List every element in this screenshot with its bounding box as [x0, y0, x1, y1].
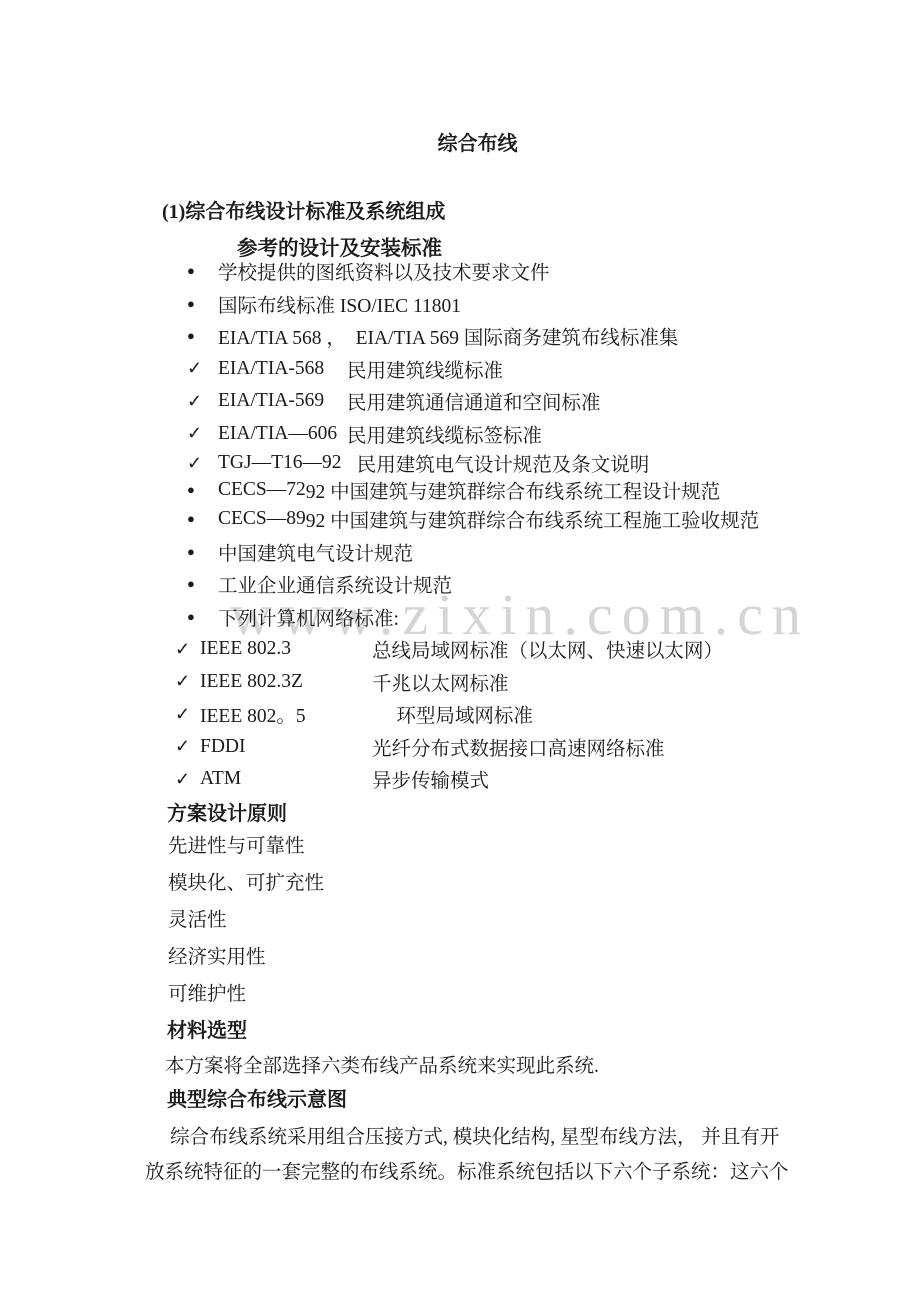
list-item: ●CECS—7292 中国建筑与建筑群综合布线系统工程设计规范	[145, 477, 810, 504]
list-item: ✓EIA/TIA-568民用建筑线缆标准	[145, 353, 810, 386]
item-label: CECS—72	[218, 479, 306, 501]
item-label: IEEE 802.3Z	[200, 671, 372, 693]
bullet-icon: ●	[187, 482, 218, 498]
bullet-icon: ●	[187, 511, 218, 527]
list-item: ✓EIA/TIA—606民用建筑线缆标签标准	[145, 418, 810, 451]
item-desc: 92 中国建筑与建筑群综合布线系统工程施工验收规范	[306, 505, 759, 533]
bullet-icon: ●	[187, 328, 218, 344]
item-label: TGJ—T16—92	[218, 452, 347, 474]
list-item: ✓IEEE 802.3总线局域网标准（以太网、快速以太网）	[145, 633, 810, 666]
list-item: ✓TGJ—T16—92 民用建筑电气设计规范及条文说明	[145, 450, 810, 477]
check-icon: ✓	[187, 358, 218, 379]
paragraph-line: 放系统特征的一套完整的布线系统。标准系统包括以下六个子系统：这六个	[145, 1155, 810, 1190]
item-text: 国际布线标准 ISO/IEC 11801	[218, 290, 461, 318]
item-desc: 民用建筑线缆标准	[347, 355, 503, 383]
check-icon: ✓	[175, 639, 200, 660]
item-desc: 92 中国建筑与建筑群综合布线系统工程设计规范	[306, 476, 720, 504]
bullet-icon: ●	[187, 576, 218, 592]
item-desc: 民用建筑电气设计规范及条文说明	[347, 449, 649, 477]
principles-heading: 方案设计原则	[145, 802, 810, 826]
item-label: EIA/TIA—606	[218, 423, 347, 445]
list-item: ●CECS—8992 中国建筑与建筑群综合布线系统工程施工验收规范	[145, 503, 810, 536]
item-text: 学校提供的图纸资料以及技术要求文件	[218, 257, 550, 285]
principle-item: 模块化、可扩充性	[145, 865, 810, 902]
item-label: FDDI	[200, 736, 372, 758]
item-desc: 民用建筑线缆标签标准	[347, 420, 542, 448]
principle-item: 可维护性	[145, 976, 810, 1013]
item-desc: 总线局域网标准（以太网、快速以太网）	[372, 635, 723, 663]
material-heading: 材料选型	[145, 1019, 810, 1043]
item-text: 工业企业通信系统设计规范	[218, 570, 452, 598]
list-item: ●工业企业通信系统设计规范	[145, 568, 810, 601]
item-desc: 光纤分布式数据接口高速网络标准	[372, 733, 665, 761]
list-item: ●中国建筑电气设计规范	[145, 536, 810, 569]
document-content: 综合布线 (1)综合布线设计标准及系统组成 参考的设计及安装标准 ●学校提供的图…	[0, 0, 920, 1190]
list-item: ✓ATM异步传输模式	[145, 763, 810, 796]
check-icon: ✓	[187, 423, 218, 444]
diagram-heading: 典型综合布线示意图	[145, 1088, 810, 1112]
item-desc: 民用建筑通信通道和空间标准	[347, 387, 601, 415]
item-label: ATM	[200, 768, 372, 790]
bullet-icon: ●	[187, 609, 218, 625]
item-text: 下列计算机网络标准:	[218, 603, 399, 631]
list-item: ●学校提供的图纸资料以及技术要求文件	[145, 255, 810, 288]
check-icon: ✓	[175, 769, 200, 790]
list-item: ✓EIA/TIA-569民用建筑通信通道和空间标准	[145, 385, 810, 418]
check-icon: ✓	[187, 453, 218, 474]
paragraph-line: 综合布线系统采用组合压接方式, 模块化结构, 星型布线方法， 并且有开	[145, 1120, 810, 1155]
item-desc: 千兆以太网标准	[372, 668, 509, 696]
check-icon: ✓	[175, 704, 200, 725]
list-item: ●EIA/TIA 568 ， EIA/TIA 569 国际商务建筑布线标准集	[145, 320, 810, 353]
item-label: IEEE 802.3	[200, 638, 372, 660]
list-item: ●国际布线标准 ISO/IEC 11801	[145, 288, 810, 321]
list-item: ✓IEEE 802.3Z千兆以太网标准	[145, 666, 810, 699]
principle-item: 灵活性	[145, 902, 810, 939]
page-title: 综合布线	[145, 131, 810, 157]
bullet-icon: ●	[187, 544, 218, 560]
list-item: ✓IEEE 802。5 环型局域网标准	[145, 698, 810, 731]
item-text: 中国建筑电气设计规范	[218, 538, 413, 566]
list-item: ✓FDDI光纤分布式数据接口高速网络标准	[145, 731, 810, 764]
check-icon: ✓	[175, 671, 200, 692]
item-label: IEEE 802。5	[200, 700, 372, 728]
principles-list: 先进性与可靠性模块化、可扩充性灵活性经济实用性可维护性	[145, 828, 810, 1013]
item-text: EIA/TIA 568 ， EIA/TIA 569 国际商务建筑布线标准集	[218, 322, 678, 350]
item-label: EIA/TIA-569	[218, 390, 347, 412]
bullet-icon: ●	[187, 296, 218, 312]
item-label: EIA/TIA-568	[218, 358, 347, 380]
list-item: ●下列计算机网络标准:	[145, 601, 810, 634]
material-body: 本方案将全部选择六类布线产品系统来实现此系统.	[145, 1055, 810, 1079]
diagram-paragraph: 综合布线系统采用组合压接方式, 模块化结构, 星型布线方法， 并且有开放系统特征…	[145, 1120, 810, 1190]
item-desc: 异步传输模式	[372, 765, 489, 793]
section-heading: (1)综合布线设计标准及系统组成	[145, 200, 810, 224]
standards-list: ●学校提供的图纸资料以及技术要求文件●国际布线标准 ISO/IEC 11801●…	[145, 255, 810, 796]
check-icon: ✓	[175, 736, 200, 757]
check-icon: ✓	[187, 391, 218, 412]
document-page: www.zixin.com.cn 综合布线 (1)综合布线设计标准及系统组成 参…	[0, 0, 920, 1302]
item-label: CECS—89	[218, 508, 306, 530]
principle-item: 经济实用性	[145, 939, 810, 976]
bullet-icon: ●	[187, 263, 218, 279]
item-desc: 环型局域网标准	[372, 700, 533, 728]
principle-item: 先进性与可靠性	[145, 828, 810, 865]
